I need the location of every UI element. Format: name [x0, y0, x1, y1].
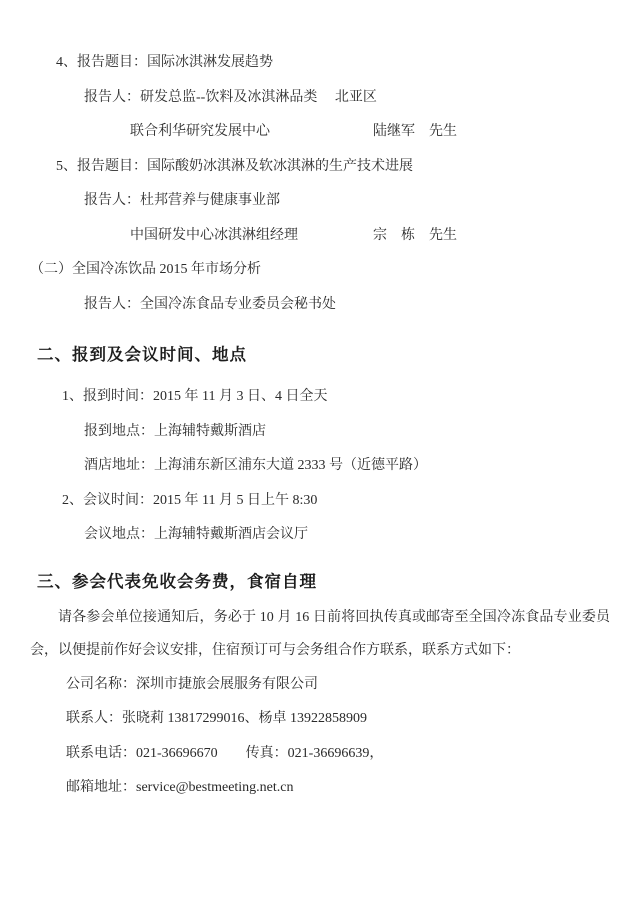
section-3-heading: 三、参会代表免收会务费，食宿自理 [37, 563, 640, 601]
agenda-item-5-affiliation-line: 中国研发中心冰淇淋组经理宗 栋 先生 [130, 219, 640, 254]
document-content: 4、报告题目：国际冰淇淋发展趋势 报告人：研发总监--饮料及冰淇淋品类 北亚区 … [0, 46, 640, 806]
agenda-item-5-title: 5、报告题目：国际酸奶冰淇淋及软冰淇淋的生产技术进展 [56, 150, 640, 185]
section-3-notice-paragraph: 请各参会单位接通知后，务必于 10 月 16 日前将回执传真或邮寄至全国冷冻食品… [30, 601, 610, 668]
document-page: 4、报告题目：国际冰淇淋发展趋势 报告人：研发总监--饮料及冰淇淋品类 北亚区 … [0, 0, 640, 901]
agenda-part-2-title: （二）全国冷冻饮品 2015 年市场分析 [30, 253, 640, 288]
contact-persons-line: 联系人：张晓莉 13817299016、杨卓 13922858909 [66, 702, 640, 737]
agenda-item-5-presenter-name: 宗 栋 先生 [373, 228, 457, 243]
agenda-item-4-title: 4、报告题目：国际冰淇淋发展趋势 [56, 46, 640, 81]
agenda-item-4-speaker: 报告人：研发总监--饮料及冰淇淋品类 北亚区 [84, 81, 640, 116]
agenda-item-4-org: 联合利华研究发展中心 [130, 124, 270, 139]
company-name-line: 公司名称：深圳市捷旅会展服务有限公司 [66, 668, 640, 703]
phone-fax-line: 联系电话：021-36696670 传真：021-36696639， [66, 737, 640, 772]
meeting-place-line: 会议地点：上海辅特戴斯酒店会议厅 [84, 518, 640, 553]
email-address-line: 邮箱地址：service@bestmeeting.net.cn [66, 771, 640, 806]
agenda-item-5-org: 中国研发中心冰淇淋组经理 [130, 228, 298, 243]
hotel-address-line: 酒店地址：上海浦东新区浦东大道 2333 号（近德平路） [84, 449, 640, 484]
meeting-time-line: 2、会议时间：2015 年 11 月 5 日上午 8:30 [62, 484, 640, 519]
agenda-part-2-speaker: 报告人：全国冷冻食品专业委员会秘书处 [84, 288, 640, 323]
checkin-place-line: 报到地点：上海辅特戴斯酒店 [84, 415, 640, 450]
agenda-item-4-affiliation-line: 联合利华研究发展中心陆继军 先生 [130, 115, 640, 150]
agenda-item-4-presenter-name: 陆继军 先生 [373, 124, 457, 139]
checkin-time-line: 1、报到时间：2015 年 11 月 3 日、4 日全天 [62, 380, 640, 415]
agenda-item-5-speaker: 报告人：杜邦营养与健康事业部 [84, 184, 640, 219]
section-2-heading: 二、报到及会议时间、地点 [37, 336, 640, 374]
